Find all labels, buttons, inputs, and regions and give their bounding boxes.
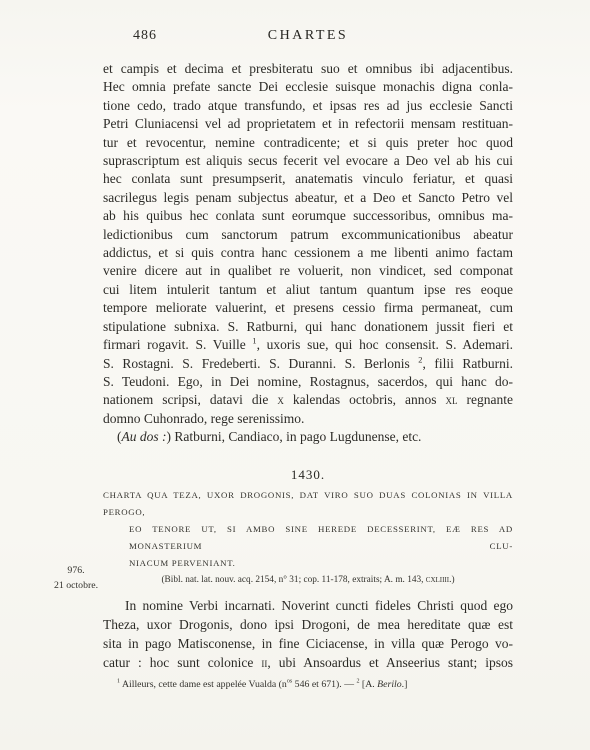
text-column: et campis et decima et presbiteratu suo … — [103, 60, 513, 691]
text-line: hec conlata sunt presumpserit, anatemati… — [103, 170, 513, 188]
text-line: In nomine Verbi incarnati. Noverint cunc… — [103, 596, 513, 615]
charter-number: 1430. — [103, 467, 513, 483]
text-line: addictus, et si quis contra hanc cession… — [103, 244, 513, 262]
text-line: sita in pago Matisconense, in fine Cicia… — [103, 634, 513, 653]
running-title: CHARTES — [103, 28, 513, 44]
charter-1430-body: In nomine Verbi incarnati. Noverint cunc… — [103, 596, 513, 673]
charter-summary: CHARTA QUA TEZA, UXOR DROGONIS, DAT VIRO… — [103, 487, 513, 572]
au-dos-note: (Au dos :) Ratburni, Candiaco, in pago L… — [103, 428, 513, 446]
text-line: Hec omnia prefate sancte Dei ecclesie su… — [103, 78, 513, 96]
text-line: et campis et decima et presbiteratu suo … — [103, 60, 513, 78]
text-line: EO TENORE UT, SI AMBO SINE HEREDE DECESS… — [129, 521, 513, 555]
text-line: ab his quibus hec conlata sunt eorumque … — [103, 207, 513, 225]
text-line: nationem scripsi, datavi die x kalendas … — [103, 391, 513, 409]
text-line: S. Teudoni. Ego, in Dei nomine, Rostagnu… — [103, 373, 513, 391]
text-line: CHARTA QUA TEZA, UXOR DROGONIS, DAT VIRO… — [103, 487, 513, 521]
text-line: tione cedo, trado atque transfundo, et i… — [103, 97, 513, 115]
charter-prev-body: et campis et decima et presbiteratu suo … — [103, 60, 513, 428]
footnote: 1 Ailleurs, cette dame est appelée Vuald… — [103, 678, 513, 691]
text-line: domno Cuhonrado, rege serenissimo. — [103, 410, 513, 428]
margin-date-year: 976. — [40, 564, 112, 579]
text-line: catur : hoc sunt colonice ii, ubi Ansoar… — [103, 653, 513, 672]
margin-date: 976. 21 octobre. — [40, 564, 112, 593]
text-line: tur et revocentur, nemine contradicente;… — [103, 134, 513, 152]
text-line: S. Rostagni. S. Fredeberti. S. Duranni. … — [103, 355, 513, 373]
text-line: sacrilegus legis penam subjectus abeatur… — [103, 189, 513, 207]
text-line: (Bibl. nat. lat. nouv. acq. 2154, n° 31;… — [103, 573, 513, 587]
text-line: suprascriptum est aliquis secus fecerit … — [103, 152, 513, 170]
text-line: tempore meliorate valuerint, et presens … — [103, 299, 513, 317]
text-line: Theza, uxor Drogonis, dono ipsi Drogoni,… — [103, 615, 513, 634]
text-line: 1 Ailleurs, cette dame est appelée Vuald… — [103, 678, 513, 691]
text-line: cui litem intulerit tantum et aliut tant… — [103, 281, 513, 299]
text-line: firmari rogavit. S. Vuille 1, uxoris sue… — [103, 336, 513, 354]
page-header: 486 CHARTES — [103, 28, 513, 48]
text-line: (Au dos :) Ratburni, Candiaco, in pago L… — [103, 428, 513, 446]
text-line: stipulatione subnixa. S. Ratburni, qui h… — [103, 318, 513, 336]
book-page: 486 CHARTES 976. 21 octobre. et campis e… — [0, 0, 590, 750]
text-line: venire dicere aut in qualibet re volueri… — [103, 262, 513, 280]
source-citation: (Bibl. nat. lat. nouv. acq. 2154, n° 31;… — [103, 573, 513, 587]
text-line: ledictionibus cum sanctorum patrum excom… — [103, 226, 513, 244]
text-line: Petri Cluniacensi vel ad proprietatem et… — [103, 115, 513, 133]
margin-date-day: 21 octobre. — [40, 579, 112, 594]
text-line: NIACUM PERVENIANT. — [129, 555, 513, 572]
